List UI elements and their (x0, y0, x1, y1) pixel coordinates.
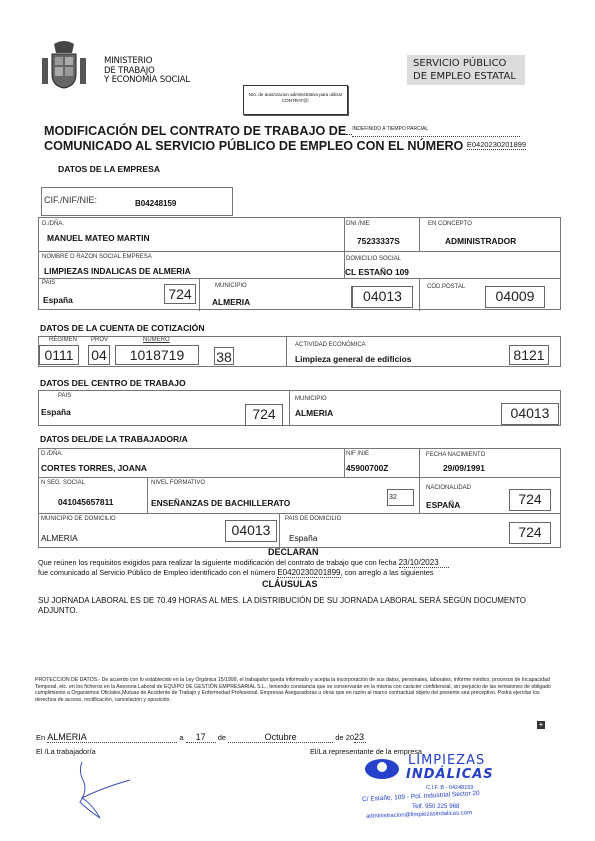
section-empresa: DATOS DE LA EMPRESA (58, 164, 160, 174)
modification-date: 23/10/2023 (399, 558, 449, 568)
trabajador-table: D./DÑA. CORTES TORRES, JOANA NIF /NIE 45… (38, 448, 561, 548)
centro-municipio-value: ALMERIA (295, 408, 333, 418)
nivel-value: ENSEÑANZAS DE BACHILLERATO (151, 498, 290, 508)
worker-signature-icon (62, 760, 132, 820)
prov-label: PROV (91, 337, 108, 343)
nif-value: 45900700Z (346, 463, 388, 473)
centro-pais-value: España (41, 407, 71, 417)
nacionalidad-value: ESPAÑA (426, 500, 460, 510)
prov-value: 04 (88, 345, 110, 365)
pais-dom-value: España (289, 533, 317, 543)
data-protection-notice: PROTECCION DE DATOS.- De acuerdo con lo … (35, 677, 560, 704)
company-signature-label: El/La representante de la empresa (310, 747, 422, 756)
service-name-box: SERVICIO PÚBLICO DE EMPLEO ESTATAL (407, 55, 525, 85)
regimen-value: 0111 (39, 345, 79, 365)
pais-dom-code: 724 (509, 522, 551, 544)
signature-month: Octubre (228, 733, 333, 743)
service-line: SERVICIO PÚBLICO (413, 57, 519, 70)
signature-day: 17 (186, 733, 216, 743)
cotizacion-box: RÉGIMEN 0111 PROV 04 NUMERO 1018719 38 (38, 336, 286, 367)
signature-place: ALMERIA (47, 733, 177, 743)
actividad-code: 8121 (509, 345, 549, 365)
ministry-name: MINISTERIO DE TRABAJO Y ECONOMÍA SOCIAL (104, 57, 190, 86)
clausulas-text: SU JORNADA LABORAL ES DE 70.49 HORAS AL … (38, 596, 558, 616)
stamp-phone: Telf. 950 225 968 (412, 803, 459, 810)
nacimiento-value: 29/09/1991 (443, 463, 485, 473)
domicilio-label: DOMICILIO SOCIAL (346, 256, 401, 262)
signature-year: 23 (354, 733, 366, 743)
numero-value: 1018719 (115, 345, 199, 365)
trabajador-dona-value: CORTES TORRES, JOANA (41, 463, 147, 473)
centro-municipio-label: MUNICIPIO (295, 396, 327, 402)
service-line: DE EMPLEO ESTATAL (413, 70, 519, 83)
actividad-value: Limpieza general de edificios (295, 354, 411, 364)
dni-label: DNI /NIE (346, 221, 370, 227)
mun-dom-code: 04013 (225, 520, 277, 542)
title-line2: COMUNICADO AL SERVICIO PÚBLICO DE EMPLEO… (44, 139, 463, 153)
municipio-label: MUNICIPIO (215, 283, 247, 289)
pais-code: 724 (164, 284, 196, 304)
contract-number: E0420230201899 (467, 140, 526, 150)
dc-value: 38 (214, 347, 234, 365)
cif-box: CIF./NIF/NIE: B04248159 (41, 187, 233, 216)
centro-pais-code: 724 (245, 404, 283, 426)
stamp-brand-line1: LIMPIEZAS (408, 753, 485, 768)
municipio-value: ALMERIA (212, 297, 250, 307)
dni-value: 75233337S (357, 236, 400, 246)
nacionalidad-label: NACIONALIDAD (426, 485, 471, 491)
mun-dom-label: MUNICIPIO DE DOMICILIO (41, 516, 116, 522)
nss-label: N SEG. SOCIAL (41, 480, 85, 486)
coat-of-arms-icon (38, 40, 90, 90)
cif-value: B04248159 (135, 199, 176, 208)
centro-pais-label: PAIS (58, 393, 71, 399)
nacionalidad-code: 724 (509, 489, 551, 511)
razon-label: NOMBRE O RAZON SOCIAL EMPRESA (42, 254, 152, 260)
cp-label: CÓD.POSTAL (427, 284, 465, 290)
nss-value: 041045657811 (58, 497, 113, 507)
nivel-code: 32 (387, 489, 414, 506)
nif-label: NIF /NIE (346, 451, 369, 457)
numero-label: NUMERO (143, 337, 170, 343)
cp-value: 04009 (485, 286, 545, 308)
contract-type: INDEFINIDO A TIEMPO PARCIAL (352, 122, 520, 137)
razon-value: LIMPIEZAS INDALICAS DE ALMERIA (44, 266, 191, 276)
actividad-label: ACTIVIDAD ECONÓMICA (295, 342, 366, 348)
stamp-email: administracion@limpiezasindalicas.com (366, 810, 472, 820)
section-centro: DATOS DEL CENTRO DE TRABAJO (40, 378, 186, 388)
declaran-heading: DECLARAN (268, 547, 319, 557)
document-title: MODIFICACIÓN DEL CONTRATO DE TRABAJO DEI… (44, 122, 526, 153)
declaran-line2b: , con arreglo a las siguientes (341, 568, 434, 577)
section-cotizacion: DATOS DE LA CUENTA DE COTIZACIÓN (40, 323, 205, 333)
pais-dom-label: PAIS DE DOMICILIO (285, 516, 341, 522)
pais-value: España (43, 295, 73, 305)
worker-signature-label: El /La trabajador/a (36, 747, 96, 756)
en-label: En (36, 733, 45, 742)
trabajador-dona-label: D./DÑA. (41, 451, 63, 457)
actividad-box: ACTIVIDAD ECONÓMICA Limpieza general de … (286, 336, 561, 367)
regimen-label: RÉGIMEN (49, 337, 77, 343)
declaran-line1: Que reúnen los requisitos exigidos para … (38, 558, 397, 567)
de20-label: de 20 (335, 733, 354, 742)
empresa-table: D./DÑA. MANUEL MATEO MARTIN DNI /NIE 752… (38, 217, 561, 310)
declaran-text: Que reúnen los requisitos exigidos para … (38, 558, 568, 578)
company-logo-icon (362, 757, 402, 781)
concepto-value: ADMINISTRADOR (445, 236, 516, 246)
nivel-label: NIVEL FORMATIVO (151, 480, 205, 486)
de-label: de (218, 733, 226, 742)
stamp-brand-line2: INDÁLICAS (406, 767, 494, 782)
ministry-line: Y ECONOMÍA SOCIAL (104, 76, 190, 86)
signature-place-date: En ALMERIA a 17 de Octubre de 2023 (36, 733, 366, 743)
dona-value: MANUEL MATEO MARTIN (47, 233, 150, 243)
centro-municipio-code: 04013 (501, 403, 559, 425)
pais-label: PAIS (42, 280, 55, 286)
dona-label: D./DÑA. (42, 221, 64, 227)
centro-box: PAIS España 724 MUNICIPIO ALMERIA 04013 (38, 390, 561, 426)
title-line1: MODIFICACIÓN DEL CONTRATO DE TRABAJO DE (44, 124, 346, 138)
clausulas-heading: CLÁUSULAS (262, 579, 318, 589)
stamp-address: C/ Estaño, 109 - Pol. Industrial Sector … (362, 790, 480, 803)
authorization-box: Nro. de autorizacion administrativa para… (243, 85, 348, 115)
nacimiento-label: FECHA NACIMIENTO (426, 452, 485, 458)
plus-icon[interactable]: + (537, 721, 545, 729)
a-label: a (179, 733, 183, 742)
declaran-number: E0420230201899 (277, 568, 340, 578)
mun-dom-value: ALMERIA (41, 533, 78, 543)
cif-label: CIF./NIF/NIE: (44, 195, 97, 205)
concepto-label: EN CONCEPTO (428, 221, 472, 227)
section-trabajador: DATOS DEL/DE LA TRABAJADOR/A (40, 434, 188, 444)
domicilio-value: CL ESTAÑO 109 (345, 267, 409, 277)
municipio-code: 04013 (351, 286, 413, 308)
declaran-line2a: fue comunicado al Servicio Público de Em… (38, 568, 275, 577)
